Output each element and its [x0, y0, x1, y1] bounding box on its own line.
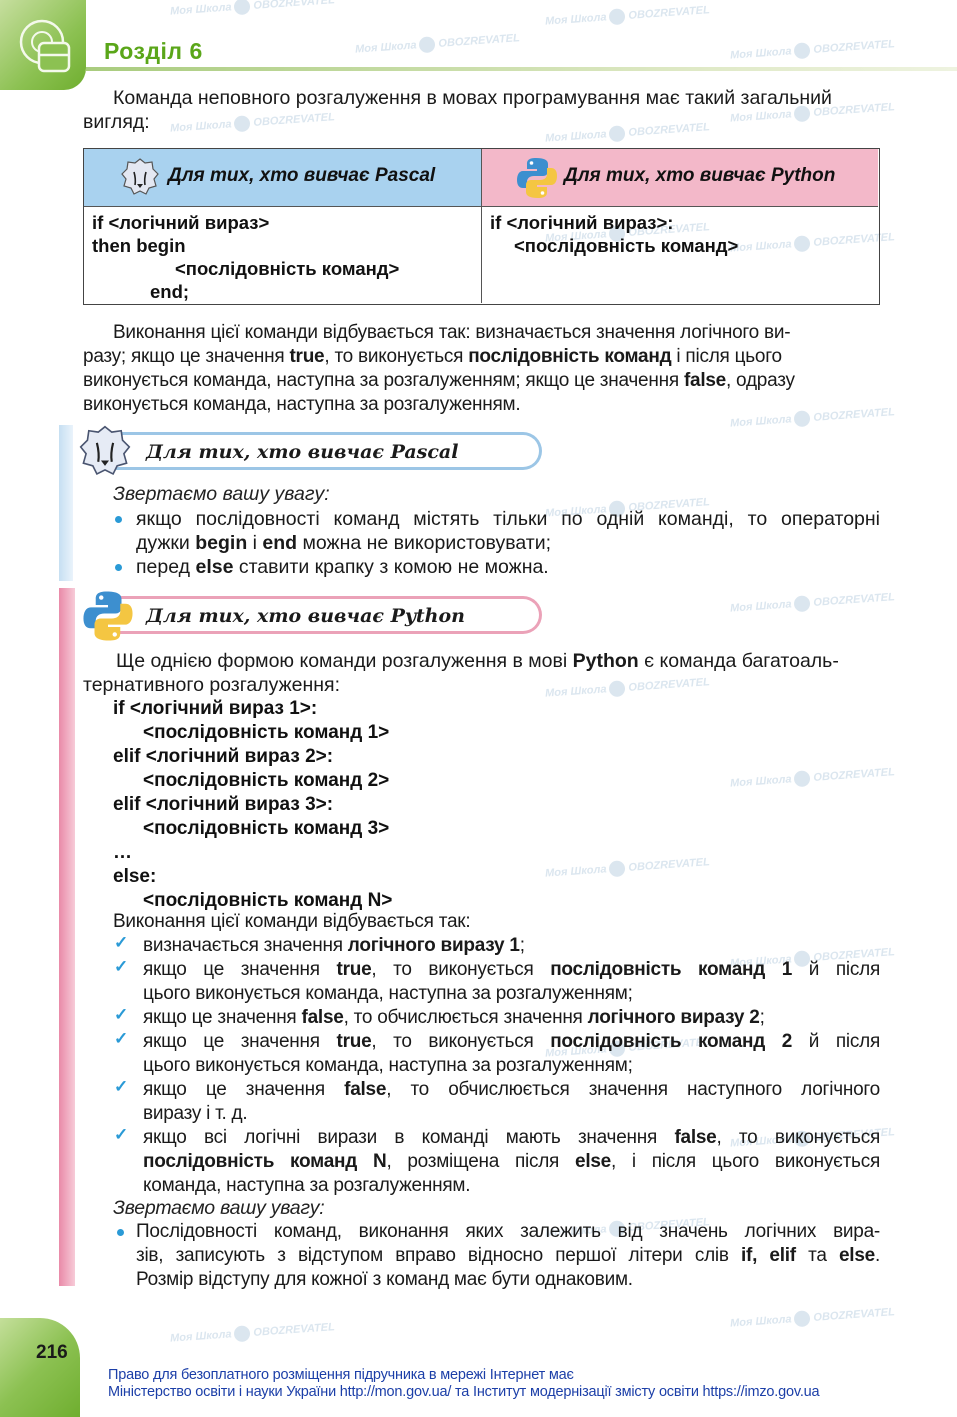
pascal-code-line: <послідовність команд> [175, 257, 399, 281]
bullet-icon [115, 564, 122, 571]
step-item: якщо це значення true, то виконується по… [143, 958, 880, 982]
step-item: якщо всі логічні вирази в команді мають … [143, 1126, 880, 1150]
python-attention-heading: Звертаємо вашу увагу: [113, 1196, 324, 1220]
table-header-pascal: Для тих, хто вивчає Pascal [84, 149, 482, 207]
python-code-line: <послідовність команд 3> [143, 817, 389, 841]
python-section-bar [59, 588, 75, 1286]
comparison-table: Для тих, хто вивчає Pascal Для тих, хто … [83, 148, 880, 305]
python-note-line-3: Розмір відступу для кожної з команд має … [136, 1268, 633, 1292]
pascal-code-line: end; [150, 280, 189, 304]
python-banner-label: Для тих, хто вивчає Python [146, 605, 465, 627]
footer-license-line-1: Право для безоплатного розміщення підруч… [108, 1367, 574, 1383]
pascal-bullet-1-line-1: якщо послідовності команд містять тільки… [136, 507, 880, 531]
paragraph-line: виконується команда, наступна за розгалу… [83, 369, 795, 393]
step-item-continued: цього виконується команда, наступна за р… [143, 1054, 633, 1078]
pascal-banner-label: Для тих, хто вивчає Pascal [146, 441, 458, 463]
python-code-line: else: [113, 865, 156, 889]
bullet-icon [115, 516, 122, 523]
python-intro-line-1: Ще однією формою команди розгалуження в … [116, 649, 839, 673]
step-item: якщо це значення true, то виконується по… [143, 1030, 880, 1054]
python-note-line-1: Послідовності команд, виконання яких зал… [136, 1220, 880, 1244]
check-icon: ✓ [114, 1005, 128, 1025]
check-icon: ✓ [114, 1077, 128, 1097]
step-item: визначається значення логічного виразу 1… [143, 934, 525, 958]
pascal-code-cell: if <логічний вираз> then begin <послідов… [84, 207, 482, 303]
disc-card-icon [18, 18, 74, 76]
pascal-bullet-2: перед else ставити крапку з комою не мож… [136, 555, 549, 579]
footer-license-line-2: Міністерство освіти і науки України http… [108, 1384, 819, 1400]
python-logo-icon [516, 156, 558, 200]
pascal-code-line: then begin [92, 234, 186, 258]
python-code-line: if <логічний вираз 1>: [113, 697, 317, 721]
step-item-continued: виразу і т. д. [143, 1102, 247, 1126]
check-icon: ✓ [114, 1029, 128, 1049]
page-number: 216 [36, 1342, 68, 1364]
chapter-corner-tab [0, 0, 86, 90]
python-section-banner: Для тих, хто вивчає Python [100, 596, 542, 634]
pascal-cheetah-icon [120, 157, 160, 197]
intro-line-1: Команда неповного розгалуження в мовах п… [113, 86, 832, 110]
pascal-code-line: if <логічний вираз> [92, 211, 269, 235]
pascal-bullet-1-line-2: дужки begin і end можна не використовува… [136, 531, 551, 555]
step-item-continued: команда, наступна за розгалуженням. [143, 1174, 470, 1198]
header-rule [86, 67, 957, 71]
check-icon: ✓ [114, 1125, 128, 1145]
intro-line-2: вигляд: [83, 110, 150, 134]
paragraph-line: Виконання цієї команди відбувається так:… [113, 321, 790, 345]
pascal-attention-heading: Звертаємо вашу увагу: [113, 483, 330, 506]
pascal-section-banner: Для тих, хто вивчає Pascal [100, 432, 542, 470]
python-code-line: elif <логічний вираз 2>: [113, 745, 333, 769]
python-logo-icon [82, 589, 134, 643]
python-intro-line-2: тернативного розгалуження: [83, 673, 340, 697]
python-code-line: <послідовність команд 1> [143, 721, 389, 745]
check-icon: ✓ [114, 957, 128, 977]
python-code-cell: if <логічний вираз>: <послідовність кома… [482, 207, 878, 303]
pascal-header-label: Для тих, хто вивчає Pascal [168, 165, 435, 187]
python-code-line: if <логічний вираз>: [490, 211, 673, 235]
pascal-section-bar [59, 425, 73, 581]
check-icon: ✓ [114, 933, 128, 953]
table-header-python: Для тих, хто вивчає Python [482, 149, 878, 207]
pascal-cheetah-icon [78, 424, 132, 478]
python-header-label: Для тих, хто вивчає Python [564, 165, 835, 187]
python-code-line: … [113, 841, 132, 865]
python-code-line: <послідовність команд 2> [143, 769, 389, 793]
python-execution-intro: Виконання цієї команди відбувається так: [113, 910, 470, 934]
python-code-line: elif <логічний вираз 3>: [113, 793, 333, 817]
step-item: якщо це значення false, то обчислюється … [143, 1006, 765, 1030]
step-item-continued: послідовність команд N, розміщена після … [143, 1150, 880, 1174]
step-item-continued: цього виконується команда, наступна за р… [143, 982, 633, 1006]
bullet-icon [117, 1229, 124, 1236]
step-item: якщо це значення false, то обчислюється … [143, 1078, 880, 1102]
python-code-line: <послідовність команд N> [143, 889, 392, 913]
chapter-title: Розділ 6 [104, 38, 203, 65]
page-number-tab [0, 1318, 80, 1417]
python-code-line: <послідовність команд> [514, 234, 738, 258]
paragraph-line: разу; якщо це значення true, то виконуєт… [83, 345, 880, 369]
paragraph-line: виконується команда, наступна за розгалу… [83, 393, 520, 417]
python-note-line-2: зів, записують з відступом вправо віднос… [136, 1244, 880, 1268]
